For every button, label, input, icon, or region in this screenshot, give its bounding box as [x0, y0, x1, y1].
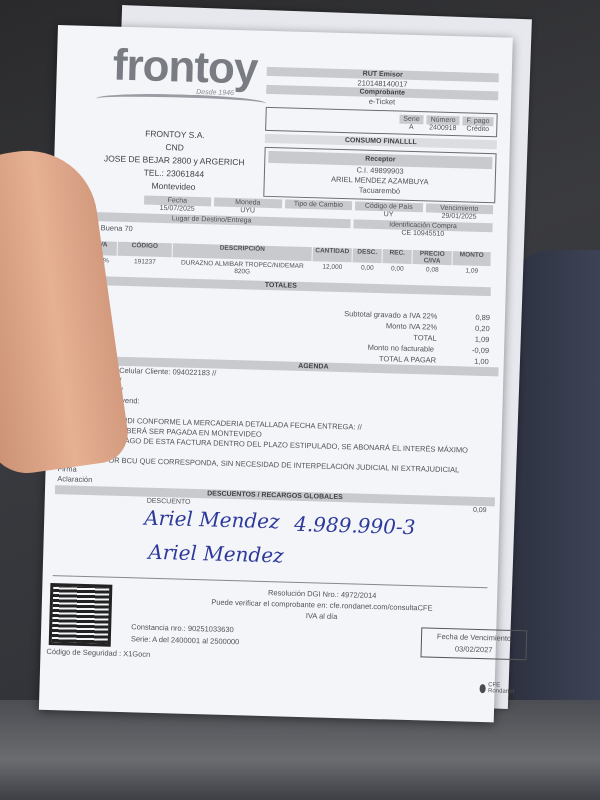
items-col-header: CANTIDAD	[313, 247, 352, 262]
handwritten-id: 4.989.990-3	[294, 512, 416, 539]
table-cell: 0,08	[412, 264, 452, 281]
tipo-cambio-label: Tipo de Cambio	[284, 199, 352, 210]
totals-value: 1,00	[474, 356, 489, 367]
items-col-header: DESC.	[352, 248, 381, 263]
issuer-logo: frontoy	[112, 41, 258, 95]
items-col-header: CÓDIGO	[118, 242, 172, 258]
moneda-value: UYU	[214, 206, 282, 215]
totals-value: 1,09	[475, 334, 490, 345]
vencimiento-value: 29/01/2025	[425, 212, 493, 221]
cfe-provider: CFE Rondanet	[479, 682, 516, 695]
cfe-logo-icon	[480, 684, 487, 693]
discount-value: 0,09	[473, 507, 487, 514]
fecha-value: 15/07/2025	[143, 204, 211, 213]
serie-box: SerieA Número2400918 F. pagoCrédito	[265, 107, 498, 137]
document-header: RUT Emisor 210148140017 Comprobante e-Ti…	[263, 67, 499, 203]
table-cell: 1,09	[452, 265, 491, 282]
table-cell: 191237	[117, 256, 172, 274]
items-col-header: MONTO	[452, 251, 490, 266]
issuer-info: FRONTOY S.A. CND JOSE DE BEJAR 2800 y AR…	[83, 126, 265, 196]
table-cell: DURAZNO ALMIBAR TROPEC/NIDEMAR 820G	[172, 257, 312, 277]
totals-value: 0,20	[475, 323, 490, 334]
codigo-pais-value: UY	[355, 210, 423, 219]
items-table: #IVACÓDIGODESCRIPCIÓNCANTIDADDESC.REC.PR…	[71, 240, 492, 282]
numero-value: 2400918	[426, 124, 459, 132]
table-cell: 12,000	[312, 261, 352, 278]
serie-rango: Serie: A del 2400001 al 2500000	[131, 633, 240, 648]
footer: Resolución DGI Nro.: 4972/2014 Puede ver…	[43, 575, 498, 589]
receptor-box: Receptor C.I. 49899903 ARIEL MENDEZ AZAM…	[263, 147, 496, 203]
logo-swoosh-icon	[96, 92, 266, 110]
discount-label: DESCUENTO	[147, 498, 191, 506]
pago-value: Crédito	[462, 125, 493, 133]
meta-section: Fecha15/07/2025 MonedaUYU Tipo de Cambio…	[72, 193, 493, 247]
table-cell: 0,00	[352, 262, 382, 279]
logo-tagline: Desde 1946	[196, 89, 234, 97]
qr-code-icon[interactable]	[49, 583, 113, 647]
items-col-header: REC.	[382, 249, 411, 264]
serie-value: A	[399, 124, 424, 132]
totals-value: 0,89	[475, 312, 490, 323]
cfe-provider-name: CFE Rondanet	[488, 682, 517, 695]
totals-value: -0,09	[472, 345, 489, 356]
handwritten-name: Ariel Mendez	[148, 540, 284, 568]
handwritten-signature: Ariel Mendez	[144, 506, 280, 534]
fecha-vencimiento-box: Fecha de Vencimiento 03/02/2027	[420, 627, 527, 660]
codigo-seguridad: Código de Seguridad : X1Gocn	[46, 647, 150, 659]
table-cell: 0,00	[382, 263, 412, 280]
items-col-header: PRECIO C/IVA	[412, 250, 451, 265]
totals-block: Subtotal gravado a IVA 22%0,89Monto IVA …	[249, 305, 490, 367]
